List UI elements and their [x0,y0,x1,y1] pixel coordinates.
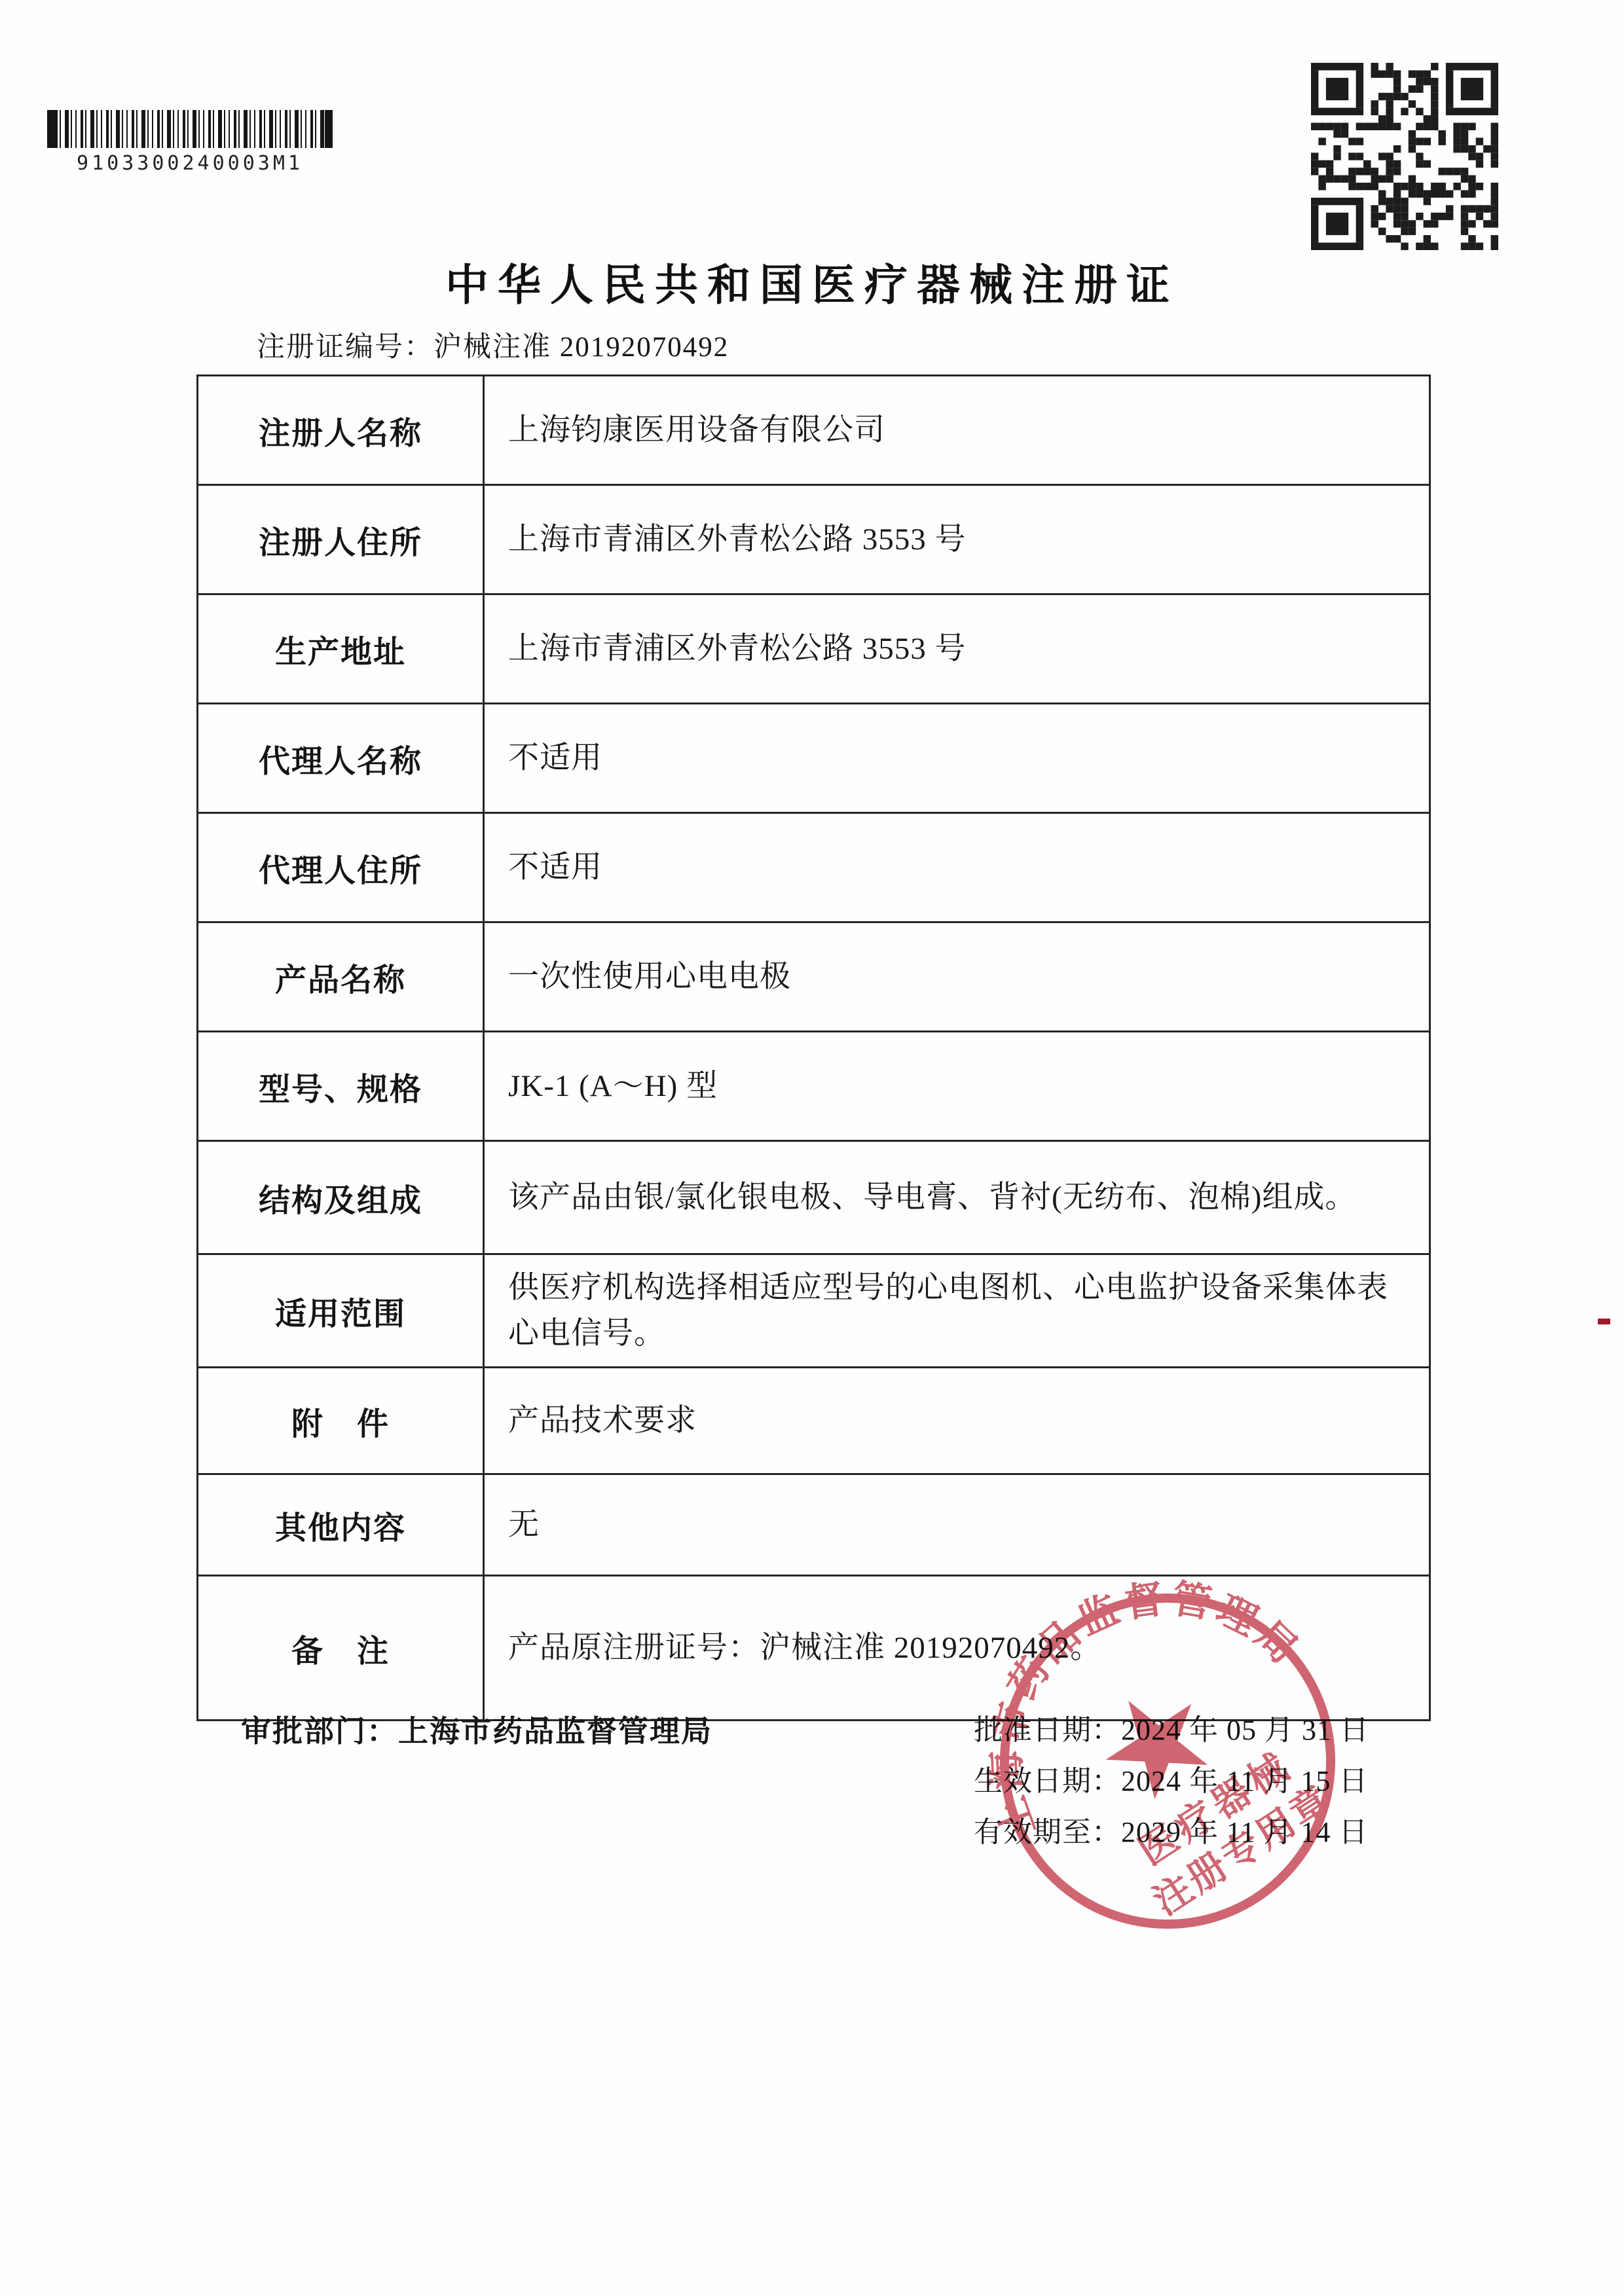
row-value: 上海市青浦区外青松公路 3553 号 [485,595,1429,702]
row-label: 附 件 [198,1368,485,1473]
row-label: 代理人住所 [198,814,485,921]
table-row-model-spec: 型号、规格 JK-1 (A～H) 型 [198,1030,1429,1140]
row-label: 备 注 [198,1576,485,1719]
expiry-date-line: 有效期至：2029 年 11 月 14 日 [974,1807,1369,1858]
row-label: 代理人名称 [198,704,485,812]
row-label: 结构及组成 [198,1142,485,1253]
info-table: 注册人名称 上海钧康医用设备有限公司 注册人住所 上海市青浦区外青松公路 355… [196,374,1431,1721]
approval-date-line: 批准日期：2024 年 05 月 31 日 [974,1705,1369,1756]
footer-dates: 批准日期：2024 年 05 月 31 日 生效日期：2024 年 11 月 1… [974,1705,1369,1858]
table-row-agent-address: 代理人住所 不适用 [198,812,1429,921]
row-label: 注册人住所 [198,486,485,593]
table-row-other-content: 其他内容 无 [198,1473,1429,1575]
row-label: 适用范围 [198,1255,485,1366]
row-value: 产品技术要求 [485,1368,1429,1473]
table-row-structure: 结构及组成 该产品由银/氯化银电极、导电膏、背衬(无纺布、泡棉)组成。 [198,1140,1429,1253]
approval-department-line: 审批部门：上海市药品监督管理局 [241,1707,712,1751]
row-value: JK-1 (A～H) 型 [485,1032,1429,1140]
table-row-production-address: 生产地址 上海市青浦区外青松公路 3553 号 [198,593,1429,702]
table-row-registrant-address: 注册人住所 上海市青浦区外青松公路 3553 号 [198,484,1429,593]
row-label: 其他内容 [198,1475,485,1575]
table-row-agent-name: 代理人名称 不适用 [198,702,1429,812]
table-row-attachment: 附 件 产品技术要求 [198,1366,1429,1473]
row-value: 一次性使用心电电极 [485,923,1429,1030]
row-label: 产品名称 [198,923,485,1030]
row-label: 型号、规格 [198,1032,485,1140]
cert-number-line: 注册证编号：沪械注准 20192070492 [257,325,729,365]
row-value: 不适用 [485,814,1429,921]
certificate-page: 9103300240003M1 中华人民共和国医疗器械注册证 注册证编号：沪械注… [0,0,1624,2296]
row-label: 注册人名称 [198,376,485,484]
barcode-image [47,110,333,148]
row-value: 无 [485,1475,1429,1575]
row-value: 该产品由银/氯化银电极、导电膏、背衬(无纺布、泡棉)组成。 [485,1142,1429,1253]
table-row-registrant-name: 注册人名称 上海钧康医用设备有限公司 [198,376,1429,484]
row-value: 供医疗机构选择相适应型号的心电图机、心电监护设备采集体表心电信号。 [485,1255,1429,1366]
row-value: 上海市青浦区外青松公路 3553 号 [485,486,1429,593]
red-dash-artifact [1598,1319,1610,1324]
barcode: 9103300240003M1 [47,110,333,175]
table-row-product-name: 产品名称 一次性使用心电电极 [198,921,1429,1030]
table-row-scope: 适用范围 供医疗机构选择相适应型号的心电图机、心电监护设备采集体表心电信号。 [198,1253,1429,1366]
row-value: 不适用 [485,704,1429,812]
row-label: 生产地址 [198,595,485,702]
barcode-number: 9103300240003M1 [47,152,333,175]
table-row-remarks: 备 注 产品原注册证号：沪械注准 20192070492。 [198,1575,1429,1719]
row-value: 上海钧康医用设备有限公司 [485,376,1429,484]
effective-date-line: 生效日期：2024 年 11 月 15 日 [974,1756,1369,1807]
certificate-title: 中华人民共和国医疗器械注册证 [0,250,1624,312]
qr-code-image [1311,62,1498,251]
row-value: 产品原注册证号：沪械注准 20192070492。 [485,1576,1429,1719]
